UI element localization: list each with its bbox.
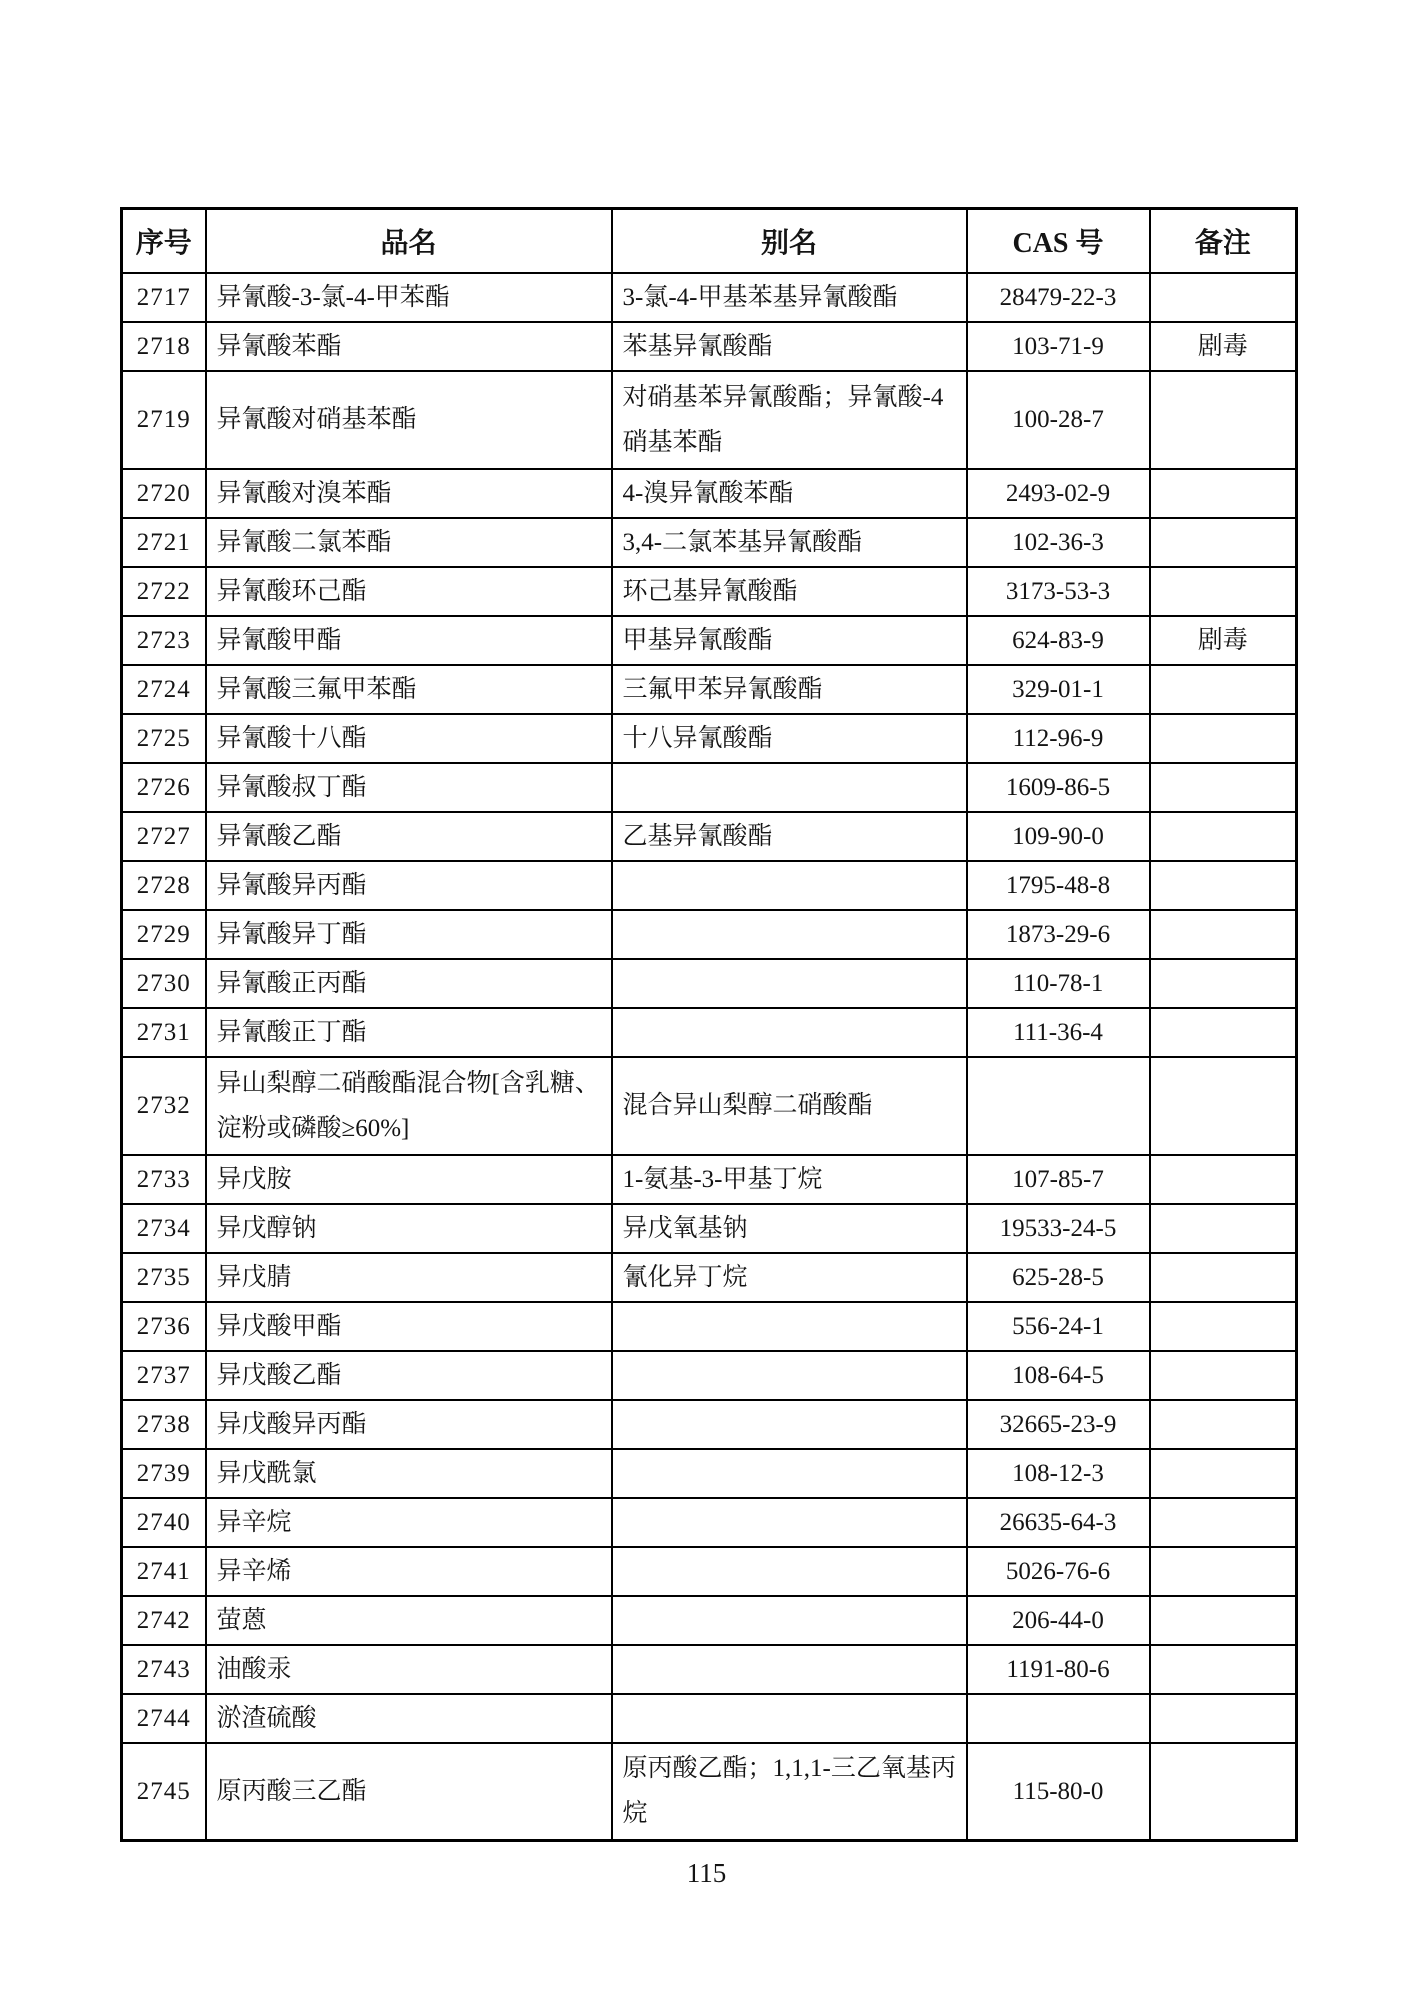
remark [1150, 1596, 1297, 1645]
remark [1150, 371, 1297, 469]
row-serial: 2722 [122, 567, 206, 616]
chemical-name: 异氰酸乙酯 [206, 812, 612, 861]
chemical-name: 异氰酸异丁酯 [206, 910, 612, 959]
row-serial: 2741 [122, 1547, 206, 1596]
chemical-name: 异氰酸叔丁酯 [206, 763, 612, 812]
chemical-name: 异氰酸正丁酯 [206, 1008, 612, 1057]
table-row: 2717异氰酸-3-氯-4-甲苯酯3-氯-4-甲基苯基异氰酸酯28479-22-… [122, 273, 1297, 322]
page-number: 115 [0, 1858, 1413, 1889]
chemical-alias: 氰化异丁烷 [612, 1253, 967, 1302]
remark [1150, 273, 1297, 322]
remark [1150, 567, 1297, 616]
table-row: 2729异氰酸异丁酯1873-29-6 [122, 910, 1297, 959]
cas-number: 102-36-3 [967, 518, 1150, 567]
cas-number: 3173-53-3 [967, 567, 1150, 616]
table-row: 2745原丙酸三乙酯原丙酸乙酯；1,1,1-三乙氧基丙烷115-80-0 [122, 1743, 1297, 1841]
remark [1150, 1743, 1297, 1841]
remark [1150, 1302, 1297, 1351]
chemical-name: 异氰酸-3-氯-4-甲苯酯 [206, 273, 612, 322]
chemical-alias: 3-氯-4-甲基苯基异氰酸酯 [612, 273, 967, 322]
row-serial: 2725 [122, 714, 206, 763]
chemical-alias [612, 1596, 967, 1645]
col-header-cas: CAS 号 [967, 209, 1150, 273]
table-row: 2744淤渣硫酸 [122, 1694, 1297, 1743]
cas-number: 5026-76-6 [967, 1547, 1150, 1596]
row-serial: 2737 [122, 1351, 206, 1400]
row-serial: 2718 [122, 322, 206, 371]
chemical-alias [612, 1008, 967, 1057]
chemical-name: 异氰酸环己酯 [206, 567, 612, 616]
row-serial: 2736 [122, 1302, 206, 1351]
remark [1150, 1498, 1297, 1547]
table-row: 2731异氰酸正丁酯111-36-4 [122, 1008, 1297, 1057]
cas-number: 108-12-3 [967, 1449, 1150, 1498]
table-row: 2725异氰酸十八酯十八异氰酸酯112-96-9 [122, 714, 1297, 763]
cas-number: 28479-22-3 [967, 273, 1150, 322]
row-serial: 2717 [122, 273, 206, 322]
cas-number: 109-90-0 [967, 812, 1150, 861]
remark [1150, 959, 1297, 1008]
cas-number: 26635-64-3 [967, 1498, 1150, 1547]
chemical-alias [612, 1400, 967, 1449]
cas-number: 1873-29-6 [967, 910, 1150, 959]
chemical-name: 原丙酸三乙酯 [206, 1743, 612, 1841]
row-serial: 2740 [122, 1498, 206, 1547]
chemical-name: 异氰酸二氯苯酯 [206, 518, 612, 567]
table-row: 2735异戊腈氰化异丁烷625-28-5 [122, 1253, 1297, 1302]
chemicals-table: 序号 品名 别名 CAS 号 备注 2717异氰酸-3-氯-4-甲苯酯3-氯-4… [120, 207, 1298, 1842]
table-row: 2738异戊酸异丙酯32665-23-9 [122, 1400, 1297, 1449]
chemical-alias [612, 1302, 967, 1351]
row-serial: 2733 [122, 1155, 206, 1204]
chemical-name: 异氰酸十八酯 [206, 714, 612, 763]
chemical-name: 异氰酸甲酯 [206, 616, 612, 665]
remark [1150, 714, 1297, 763]
chemical-alias: 甲基异氰酸酯 [612, 616, 967, 665]
cas-number: 19533-24-5 [967, 1204, 1150, 1253]
row-serial: 2739 [122, 1449, 206, 1498]
chemical-alias [612, 861, 967, 910]
chemical-alias [612, 1449, 967, 1498]
chemical-name: 异戊酸乙酯 [206, 1351, 612, 1400]
table-row: 2739异戊酰氯108-12-3 [122, 1449, 1297, 1498]
row-serial: 2745 [122, 1743, 206, 1841]
cas-number: 624-83-9 [967, 616, 1150, 665]
cas-number: 329-01-1 [967, 665, 1150, 714]
cas-number: 107-85-7 [967, 1155, 1150, 1204]
chemical-name: 异氰酸对硝基苯酯 [206, 371, 612, 469]
table-row: 2734异戊醇钠异戊氧基钠19533-24-5 [122, 1204, 1297, 1253]
row-serial: 2721 [122, 518, 206, 567]
chemical-alias: 十八异氰酸酯 [612, 714, 967, 763]
remark [1150, 910, 1297, 959]
chemical-name: 淤渣硫酸 [206, 1694, 612, 1743]
chemical-name: 异戊酸异丙酯 [206, 1400, 612, 1449]
row-serial: 2732 [122, 1057, 206, 1155]
row-serial: 2742 [122, 1596, 206, 1645]
cas-number: 115-80-0 [967, 1743, 1150, 1841]
remark [1150, 1400, 1297, 1449]
chemical-name: 异辛烯 [206, 1547, 612, 1596]
table-row: 2726异氰酸叔丁酯1609-86-5 [122, 763, 1297, 812]
chemical-name: 异氰酸苯酯 [206, 322, 612, 371]
chemical-alias: 原丙酸乙酯；1,1,1-三乙氧基丙烷 [612, 1743, 967, 1841]
table-row: 2732异山梨醇二硝酸酯混合物[含乳糖、淀粉或磷酸≥60%]混合异山梨醇二硝酸酯 [122, 1057, 1297, 1155]
row-serial: 2720 [122, 469, 206, 518]
chemical-name: 萤蒽 [206, 1596, 612, 1645]
table-row: 2721异氰酸二氯苯酯3,4-二氯苯基异氰酸酯102-36-3 [122, 518, 1297, 567]
row-serial: 2719 [122, 371, 206, 469]
chemical-name: 异氰酸对溴苯酯 [206, 469, 612, 518]
table-row: 2728异氰酸异丙酯1795-48-8 [122, 861, 1297, 910]
row-serial: 2726 [122, 763, 206, 812]
cas-number: 108-64-5 [967, 1351, 1150, 1400]
chemical-name: 异戊酸甲酯 [206, 1302, 612, 1351]
row-serial: 2734 [122, 1204, 206, 1253]
cas-number: 556-24-1 [967, 1302, 1150, 1351]
cas-number: 1609-86-5 [967, 763, 1150, 812]
remark [1150, 763, 1297, 812]
chemical-name: 异氰酸异丙酯 [206, 861, 612, 910]
row-serial: 2729 [122, 910, 206, 959]
chemical-alias [612, 1547, 967, 1596]
chemical-name: 异戊酰氯 [206, 1449, 612, 1498]
table-row: 2719异氰酸对硝基苯酯对硝基苯异氰酸酯；异氰酸-4 硝基苯酯100-28-7 [122, 371, 1297, 469]
remark [1150, 861, 1297, 910]
chemical-alias: 苯基异氰酸酯 [612, 322, 967, 371]
remark [1150, 1204, 1297, 1253]
chemical-alias: 3,4-二氯苯基异氰酸酯 [612, 518, 967, 567]
table-row: 2720异氰酸对溴苯酯4-溴异氰酸苯酯2493-02-9 [122, 469, 1297, 518]
chemical-alias [612, 1498, 967, 1547]
table-row: 2730异氰酸正丙酯110-78-1 [122, 959, 1297, 1008]
chemical-alias: 异戊氧基钠 [612, 1204, 967, 1253]
row-serial: 2723 [122, 616, 206, 665]
remark [1150, 469, 1297, 518]
remark [1150, 665, 1297, 714]
table-row: 2741异辛烯5026-76-6 [122, 1547, 1297, 1596]
remark [1150, 1155, 1297, 1204]
row-serial: 2735 [122, 1253, 206, 1302]
cas-number: 110-78-1 [967, 959, 1150, 1008]
document-page: 序号 品名 别名 CAS 号 备注 2717异氰酸-3-氯-4-甲苯酯3-氯-4… [0, 0, 1413, 2000]
chemical-alias [612, 1694, 967, 1743]
table-body: 2717异氰酸-3-氯-4-甲苯酯3-氯-4-甲基苯基异氰酸酯28479-22-… [122, 273, 1297, 1841]
chemical-alias: 混合异山梨醇二硝酸酯 [612, 1057, 967, 1155]
cas-number [967, 1057, 1150, 1155]
table-row: 2723异氰酸甲酯甲基异氰酸酯624-83-9剧毒 [122, 616, 1297, 665]
table-row: 2724异氰酸三氟甲苯酯三氟甲苯异氰酸酯329-01-1 [122, 665, 1297, 714]
chemical-name: 异戊腈 [206, 1253, 612, 1302]
remark [1150, 1351, 1297, 1400]
cas-number: 32665-23-9 [967, 1400, 1150, 1449]
remark: 剧毒 [1150, 322, 1297, 371]
chemical-alias: 乙基异氰酸酯 [612, 812, 967, 861]
chemical-alias [612, 1351, 967, 1400]
chemical-alias: 4-溴异氰酸苯酯 [612, 469, 967, 518]
remark: 剧毒 [1150, 616, 1297, 665]
table-header-row: 序号 品名 别名 CAS 号 备注 [122, 209, 1297, 273]
row-serial: 2724 [122, 665, 206, 714]
remark [1150, 812, 1297, 861]
chemical-name: 油酸汞 [206, 1645, 612, 1694]
cas-number [967, 1694, 1150, 1743]
table-row: 2737异戊酸乙酯108-64-5 [122, 1351, 1297, 1400]
remark [1150, 518, 1297, 567]
row-serial: 2731 [122, 1008, 206, 1057]
row-serial: 2738 [122, 1400, 206, 1449]
table-row: 2740异辛烷26635-64-3 [122, 1498, 1297, 1547]
remark [1150, 1694, 1297, 1743]
col-header-serial: 序号 [122, 209, 206, 273]
cas-number: 112-96-9 [967, 714, 1150, 763]
table-row: 2722异氰酸环己酯环己基异氰酸酯3173-53-3 [122, 567, 1297, 616]
cas-number: 2493-02-9 [967, 469, 1150, 518]
chemical-alias [612, 959, 967, 1008]
row-serial: 2730 [122, 959, 206, 1008]
chemical-name: 异氰酸正丙酯 [206, 959, 612, 1008]
table-row: 2727异氰酸乙酯乙基异氰酸酯109-90-0 [122, 812, 1297, 861]
col-header-name: 品名 [206, 209, 612, 273]
cas-number: 111-36-4 [967, 1008, 1150, 1057]
remark [1150, 1057, 1297, 1155]
table-row: 2742萤蒽206-44-0 [122, 1596, 1297, 1645]
table-row: 2718异氰酸苯酯苯基异氰酸酯103-71-9剧毒 [122, 322, 1297, 371]
remark [1150, 1449, 1297, 1498]
row-serial: 2728 [122, 861, 206, 910]
remark [1150, 1547, 1297, 1596]
chemical-name: 异氰酸三氟甲苯酯 [206, 665, 612, 714]
chemical-alias: 环己基异氰酸酯 [612, 567, 967, 616]
remark [1150, 1645, 1297, 1694]
row-serial: 2744 [122, 1694, 206, 1743]
row-serial: 2743 [122, 1645, 206, 1694]
cas-number: 103-71-9 [967, 322, 1150, 371]
table-row: 2736异戊酸甲酯556-24-1 [122, 1302, 1297, 1351]
table-row: 2733异戊胺1-氨基-3-甲基丁烷107-85-7 [122, 1155, 1297, 1204]
chemical-name: 异戊醇钠 [206, 1204, 612, 1253]
chemical-name: 异山梨醇二硝酸酯混合物[含乳糖、淀粉或磷酸≥60%] [206, 1057, 612, 1155]
col-header-alias: 别名 [612, 209, 967, 273]
chemical-name: 异戊胺 [206, 1155, 612, 1204]
chemical-alias [612, 1645, 967, 1694]
cas-number: 100-28-7 [967, 371, 1150, 469]
remark [1150, 1253, 1297, 1302]
cas-number: 1795-48-8 [967, 861, 1150, 910]
chemical-alias: 1-氨基-3-甲基丁烷 [612, 1155, 967, 1204]
row-serial: 2727 [122, 812, 206, 861]
chemical-alias [612, 910, 967, 959]
chemical-alias [612, 763, 967, 812]
chemical-alias: 三氟甲苯异氰酸酯 [612, 665, 967, 714]
chemical-name: 异辛烷 [206, 1498, 612, 1547]
cas-number: 206-44-0 [967, 1596, 1150, 1645]
table-row: 2743油酸汞1191-80-6 [122, 1645, 1297, 1694]
chemical-alias: 对硝基苯异氰酸酯；异氰酸-4 硝基苯酯 [612, 371, 967, 469]
remark [1150, 1008, 1297, 1057]
cas-number: 1191-80-6 [967, 1645, 1150, 1694]
cas-number: 625-28-5 [967, 1253, 1150, 1302]
col-header-note: 备注 [1150, 209, 1297, 273]
